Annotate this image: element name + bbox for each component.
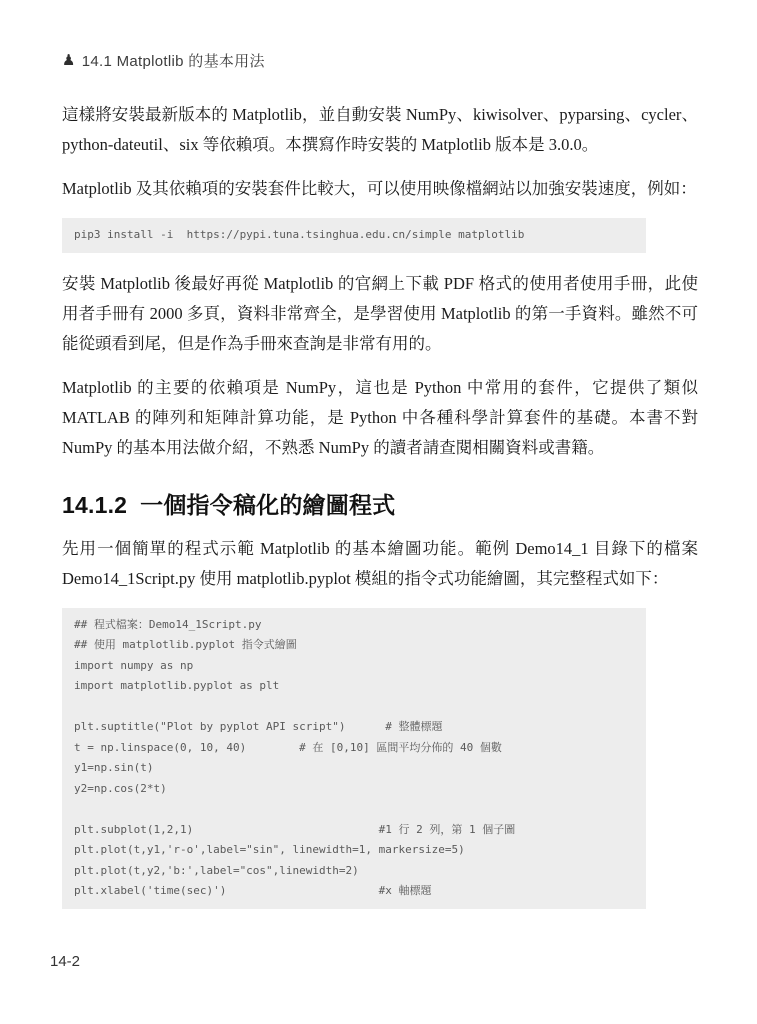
section-number: 14.1.2 xyxy=(62,492,127,518)
paragraph-mirror-site: Matplotlib 及其依賴項的安裝套件比較大，可以使用映像檔網站以加強安裝速… xyxy=(62,174,698,204)
code-block-pip-install: pip3 install -i https://pypi.tuna.tsingh… xyxy=(62,218,646,253)
pawn-section-marker-icon: ♟ xyxy=(62,53,76,68)
paragraph-demo-intro: 先用一個簡單的程式示範 Matplotlib 的基本繪圖功能。範例 Demo14… xyxy=(62,534,698,594)
book-page: ♟ 14.1 Matplotlib 的基本用法 這樣將安裝最新版本的 Matpl… xyxy=(0,0,757,1024)
page-body: 這樣將安裝最新版本的 Matplotlib，並自動安裝 NumPy、kiwiso… xyxy=(62,100,698,925)
paragraph-pdf-manual: 安裝 Matplotlib 後最好再從 Matplotlib 的官網上下載 PD… xyxy=(62,269,698,359)
running-header: ♟ 14.1 Matplotlib 的基本用法 xyxy=(62,50,265,71)
code-block-demo-script: ## 程式檔案：Demo14_1Script.py ## 使用 matplotl… xyxy=(62,608,646,909)
section-heading: 14.1.2一個指令稿化的繪圖程式 xyxy=(62,487,698,520)
paragraph-numpy-dependency: Matplotlib 的主要的依賴項是 NumPy，這也是 Python 中常用… xyxy=(62,373,698,463)
section-title: 一個指令稿化的繪圖程式 xyxy=(140,492,395,518)
page-number: 14-2 xyxy=(50,953,80,970)
running-header-text: 14.1 Matplotlib 的基本用法 xyxy=(82,50,265,71)
paragraph-install-result: 這樣將安裝最新版本的 Matplotlib，並自動安裝 NumPy、kiwiso… xyxy=(62,100,698,160)
